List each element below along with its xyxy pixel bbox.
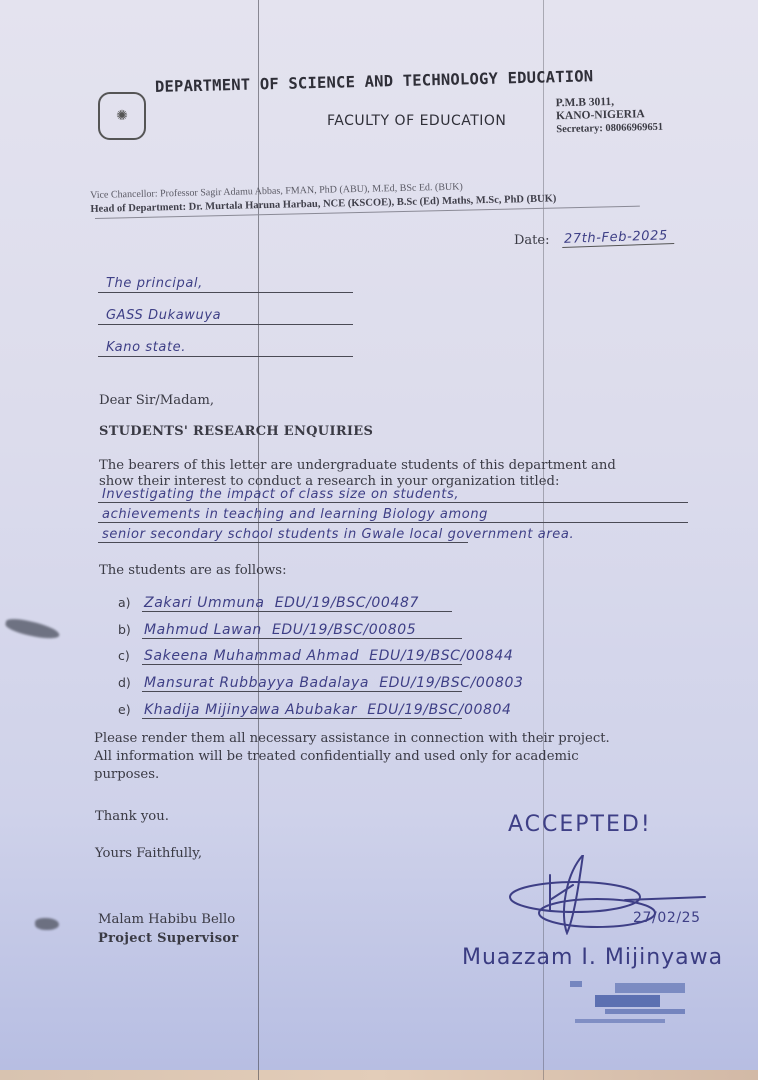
salutation: Dear Sir/Madam, <box>99 393 214 408</box>
accepted-note: ACCEPTED! <box>508 812 652 837</box>
table-surface <box>0 1070 758 1080</box>
supervisor-name: Malam Habibu Bello <box>98 912 235 927</box>
student-reg-no: EDU/19/BSC/00844 <box>369 648 513 664</box>
student-name: Khadija Mijinyawa Abubakar <box>144 702 357 718</box>
student-reg-no: EDU/19/BSC/00804 <box>367 702 511 718</box>
supervisor-role: Project Supervisor <box>98 931 239 946</box>
intro-line: The bearers of this letter are undergrad… <box>99 458 616 473</box>
student-name: Mansurat Rubbayya Badalaya <box>144 675 369 691</box>
research-title-line: senior secondary school students in Gwal… <box>98 525 468 543</box>
department-address: P.M.B 3011, KANO-NIGERIA Secretary: 0806… <box>556 95 664 137</box>
date-value: 27th-Feb-2025 <box>562 228 674 248</box>
student-reg-no: EDU/19/BSC/00803 <box>379 675 523 691</box>
research-title-line: achievements in teaching and learning Bi… <box>98 505 688 523</box>
student-name: Mahmud Lawan <box>144 622 262 638</box>
student-reg-no: EDU/19/BSC/00805 <box>272 622 416 638</box>
ink-smudge <box>35 918 59 930</box>
secretary-phone: Secretary: 08066969651 <box>556 121 663 137</box>
closing-line: Please render them all necessary assista… <box>94 731 610 746</box>
acceptance-date: 27/02/25 <box>633 910 701 926</box>
closing-line: purposes. <box>94 767 159 782</box>
recipient-line: The principal, <box>98 272 353 293</box>
student-reg-no: EDU/19/BSC/00487 <box>275 595 419 611</box>
subject-heading: STUDENTS' RESEARCH ENQUIRIES <box>99 424 373 439</box>
date-label: Date: <box>514 233 549 248</box>
student-name: Sakeena Muhammad Ahmad <box>144 648 359 664</box>
yours-faithfully: Yours Faithfully, <box>95 846 202 861</box>
ink-smudge <box>4 616 61 641</box>
officials-block: Vice Chancellor: Professor Sagir Adamu A… <box>90 178 556 217</box>
closing-line: All information will be treated confiden… <box>94 749 579 764</box>
department-title: DEPARTMENT OF SCIENCE AND TECHNOLOGY EDU… <box>155 67 594 96</box>
ink-stamp-icon <box>565 975 730 1035</box>
recipient-line: GASS Dukawuya <box>98 304 353 325</box>
principal-name: Muazzam I. Mijinyawa <box>462 945 723 970</box>
recipient-line: Kano state. <box>98 336 353 357</box>
university-crest-icon: ✺ <box>98 92 146 140</box>
students-intro: The students are as follows: <box>99 563 287 578</box>
student-name: Zakari Ummuna <box>144 595 265 611</box>
thank-you: Thank you. <box>95 809 169 824</box>
research-title-line: Investigating the impact of class size o… <box>98 485 688 503</box>
faculty-name: FACULTY OF EDUCATION <box>327 113 506 129</box>
